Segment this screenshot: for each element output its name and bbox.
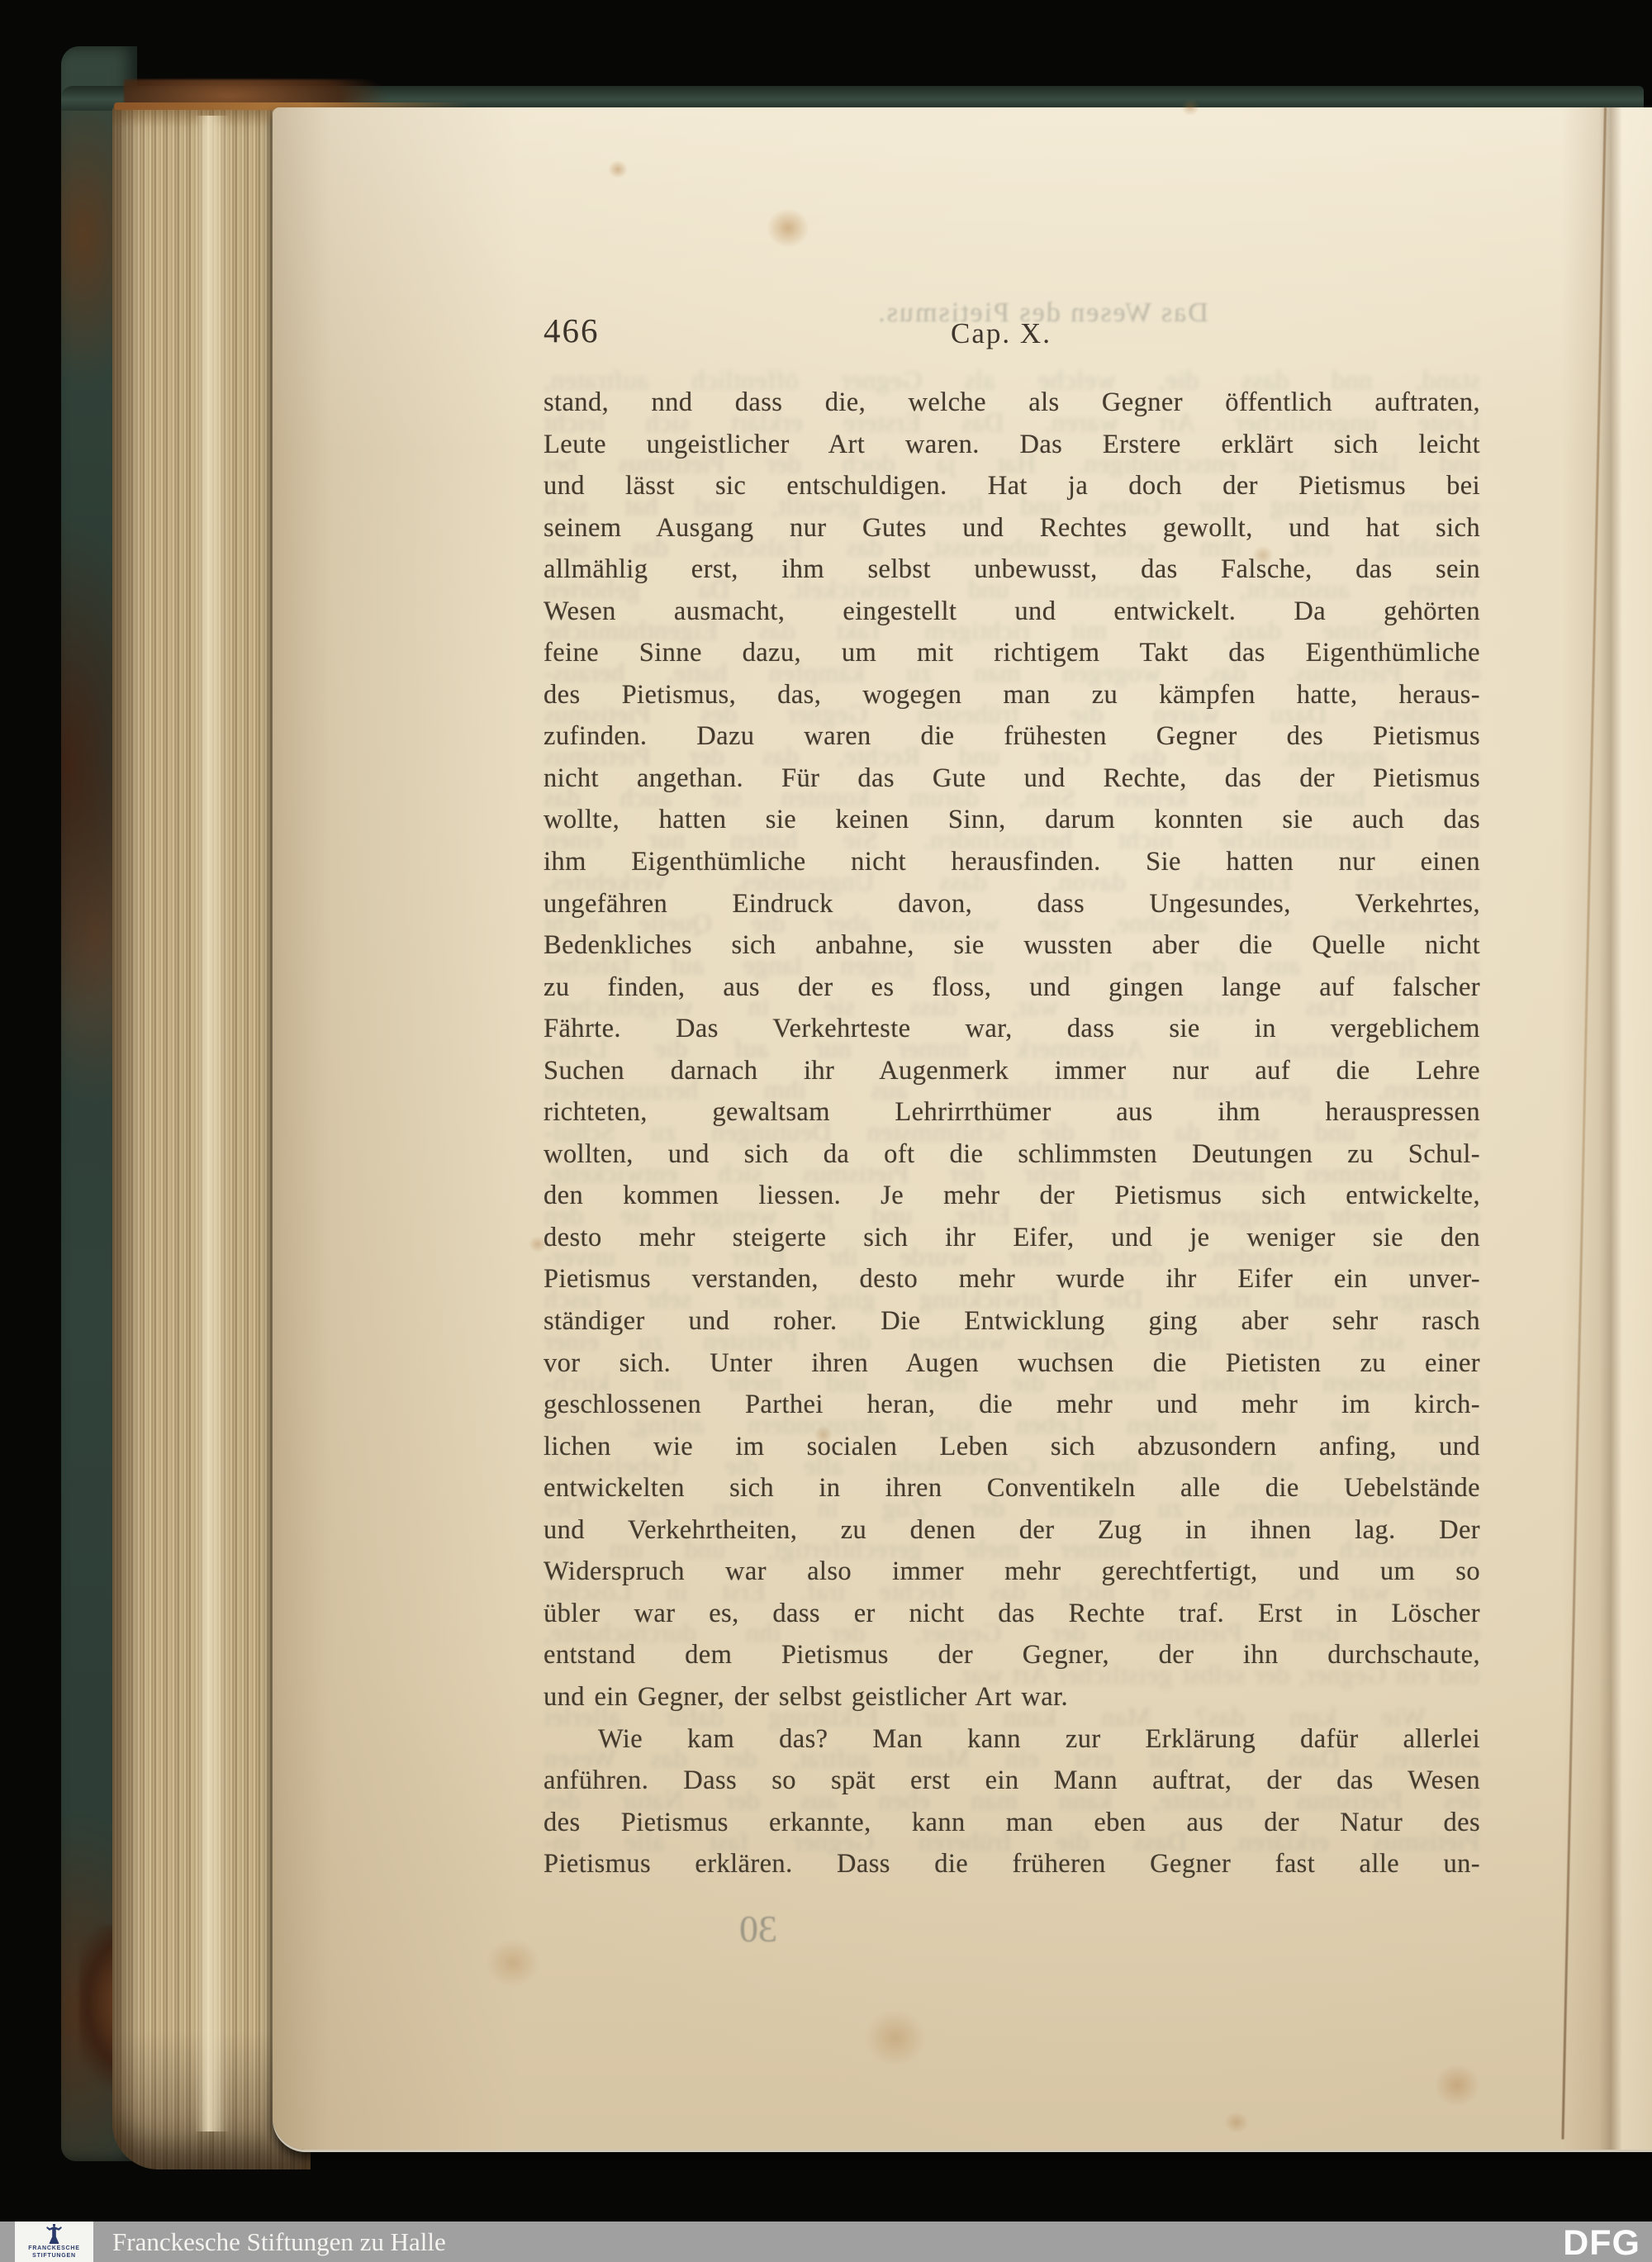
text-line: Widerspruch war also immer mehr gerechtf… — [544, 1551, 1480, 1593]
scanned-book-photo: Das Wesen des Pietismus. stand, nnd dass… — [0, 0, 1652, 2262]
text-line: lichen wie im socialen Leben sich abzuso… — [544, 1426, 1480, 1468]
text-line: des Pietismus erkannte, kann man eben au… — [544, 1802, 1480, 1844]
text-line: Fährte. Das Verkehrteste war, dass sie i… — [544, 1008, 1480, 1050]
text-line: ihm Eigenthümliche nicht herausfinden. S… — [544, 841, 1480, 883]
text-line: Leute ungeistlicher Art waren. Das Erste… — [544, 424, 1480, 466]
text-line: und Verkehrtheiten, zu denen der Zug in … — [544, 1509, 1480, 1552]
text-line: feine Sinne dazu, um mit richtigem Takt … — [544, 632, 1480, 674]
text-line: entwickelten sich in ihren Conventikeln … — [544, 1467, 1480, 1509]
text-line: seinem Ausgang nur Gutes und Rechtes gew… — [544, 507, 1480, 549]
digitization-footer-bar: FRANCKESCHE STIFTUNGEN Franckesche Stift… — [0, 2222, 1652, 2262]
text-line: zu finden, aus der es floss, und gingen … — [544, 967, 1480, 1009]
dfg-logo: DFG — [1563, 2223, 1640, 2262]
logo-caption-line2: STIFTUNGEN — [32, 2253, 76, 2259]
text-line: stand, nnd dass die, welche als Gegner ö… — [544, 382, 1480, 424]
text-line: übler war es, dass er nicht das Rechte t… — [544, 1593, 1480, 1635]
text-line: desto mehr steigerte sich ihr Eifer, und… — [544, 1217, 1480, 1259]
chapter-header: Cap. X. — [770, 317, 1232, 350]
franckesche-stiftungen-logo: FRANCKESCHE STIFTUNGEN — [15, 2222, 93, 2262]
logo-caption-line1: FRANCKESCHE — [28, 2245, 79, 2251]
text-line: und lässt sic entschuldigen. Hat ja doch… — [544, 465, 1480, 507]
body-text: stand, nnd dass die, welche als Gegner ö… — [544, 382, 1480, 1885]
text-line: Pietismus erklären. Dass die früheren Ge… — [544, 1843, 1480, 1885]
francke-statue-icon — [46, 2224, 62, 2244]
text-line: richteten, gewaltsam Lehrirrthümer aus i… — [544, 1091, 1480, 1133]
text-line: und ein Gegner, der selbst geistlicher A… — [544, 1676, 1480, 1718]
text-line: den kommen liessen. Je mehr der Pietismu… — [544, 1175, 1480, 1217]
institution-label: Franckesche Stiftungen zu Halle — [112, 2227, 446, 2257]
text-line: anführen. Dass so spät erst ein Mann auf… — [544, 1760, 1480, 1802]
text-line: allmählig erst, ihm selbst unbewusst, da… — [544, 549, 1480, 591]
text-line: Pietismus verstanden, desto mehr wurde i… — [544, 1258, 1480, 1300]
text-line: Bedenkliches sich anbahne, sie wussten a… — [544, 924, 1480, 967]
text-line: zufinden. Dazu waren die frühesten Gegne… — [544, 715, 1480, 758]
text-line: Wesen ausmacht, eingestellt und entwicke… — [544, 591, 1480, 633]
page-edge-highlight — [195, 116, 230, 2131]
text-line: des Pietismus, das, wogegen man zu kämpf… — [544, 674, 1480, 716]
text-line: entstand dem Pietismus der Gegner, der i… — [544, 1634, 1480, 1676]
logo-caption: FRANCKESCHE STIFTUNGEN — [15, 2245, 93, 2260]
text-line: Wie kam das? Man kann zur Erklärung dafü… — [544, 1718, 1480, 1761]
text-line: Suchen darnach ihr Augenmerk immer nur a… — [544, 1050, 1480, 1092]
text-line: geschlossenen Parthei heran, die mehr un… — [544, 1384, 1480, 1426]
text-line: ungefähren Eindruck davon, dass Ungesund… — [544, 883, 1480, 925]
text-line: wollten, und sich da oft die schlimmsten… — [544, 1133, 1480, 1176]
text-line: ständiger und roher. Die Entwicklung gin… — [544, 1300, 1480, 1342]
text-line: vor sich. Unter ihren Augen wuchsen die … — [544, 1342, 1480, 1385]
text-line: wollte, hatten sie keinen Sinn, darum ko… — [544, 799, 1480, 841]
page-number: 466 — [544, 311, 600, 350]
text-line: nicht angethan. Für das Gute und Rechte,… — [544, 758, 1480, 800]
